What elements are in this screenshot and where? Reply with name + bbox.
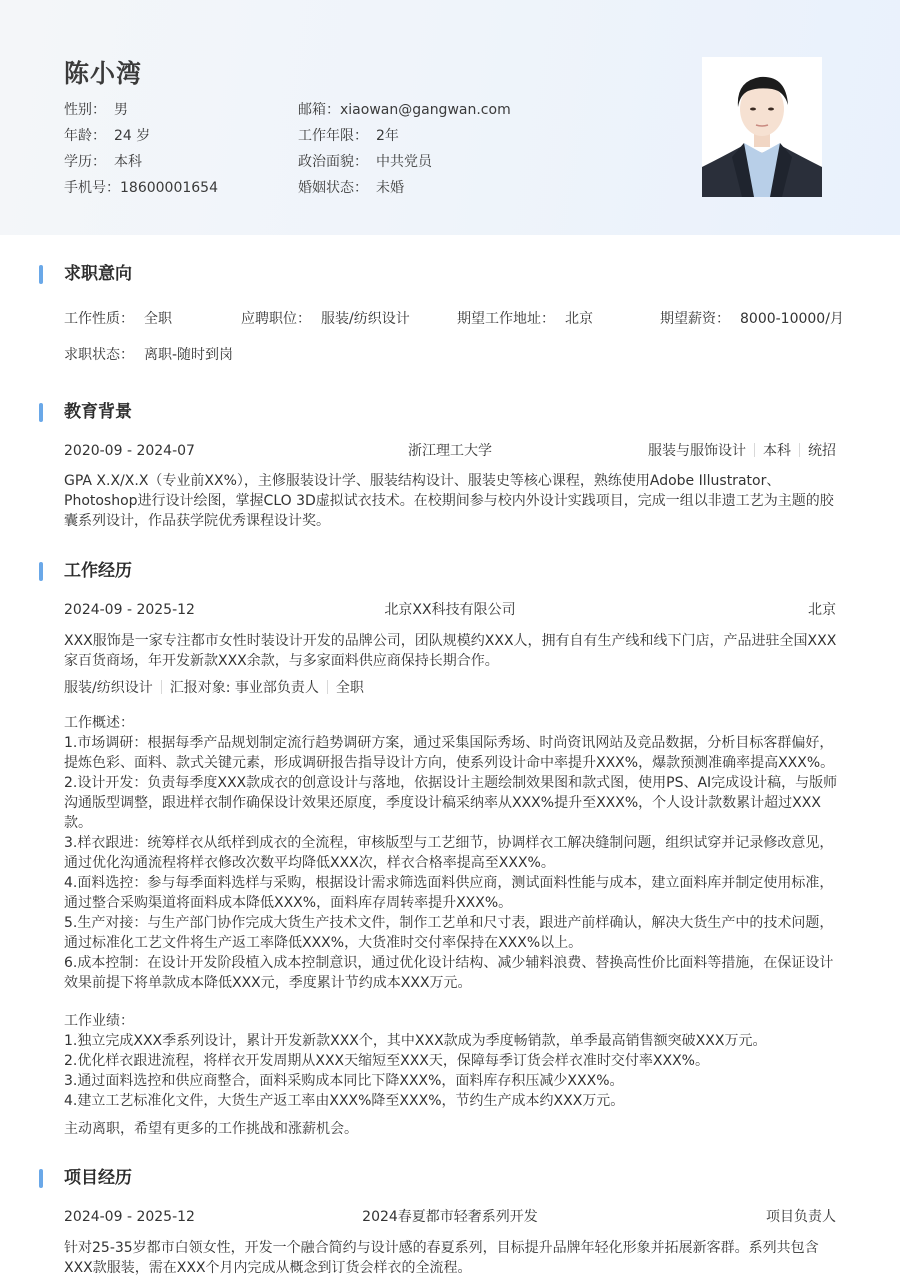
kv-label: 期望薪资： (660, 311, 730, 327)
basic-info-right: 邮箱：xiaowan@gangwan.com 工作年限：2年 政治面貌：中共党员… (298, 100, 511, 204)
text-line: XXX款服装，需在XXX个月内完成从概念到订货会样衣的全流程。 (64, 1258, 840, 1275)
profile-photo (702, 57, 822, 197)
info-value: 本科 (114, 154, 142, 170)
text-line: Photoshop进行设计绘图，掌握CLO 3D虚拟试衣技术。在校期间参与校内外… (64, 491, 840, 511)
info-education: 学历：本科 (64, 152, 218, 178)
info-gender: 性别：男 (64, 100, 218, 126)
text-line: 通过标准化工艺文件将生产返工率降低XXX%，大货准时交付率保持在XXX%以上。 (64, 933, 840, 953)
work-location: 北京 (808, 600, 836, 620)
profile-header: 陈小湾 性别：男 年龄：24 岁 学历：本科 手机号：18600001654 邮… (0, 0, 900, 235)
text-line: 4.建立工艺标准化文件，大货生产返工率由XXX%降至XXX%，节约生产成本约XX… (64, 1091, 840, 1111)
tag-separator (161, 680, 162, 694)
work-overview: 工作概述： 1.市场调研：根据每季产品规划制定流行趋势调研方案，通过采集国际秀场… (64, 713, 840, 993)
education-description: GPA X.X/X.X（专业前XX%），主修服装设计学、服装结构设计、服装史等核… (64, 471, 840, 531)
text-line: 主动离职，希望有更多的工作挑战和涨薪机会。 (64, 1119, 840, 1139)
intention-job-type: 工作性质：全职 (64, 309, 172, 329)
kv-value: 全职 (144, 311, 172, 327)
basic-info-left: 性别：男 年龄：24 岁 学历：本科 手机号：18600001654 (64, 100, 218, 204)
text-line: XXX服饰是一家专注都市女性时装设计开发的品牌公司，团队规模约XXX人，拥有自有… (64, 631, 840, 651)
work-report-to: 汇报对象: 事业部负责人 (170, 680, 319, 696)
text-line: 沟通版型调整，跟进样衣制作确保设计效果还原度，季度设计稿采纳率从XXX%提升至X… (64, 793, 840, 813)
person-portrait-icon (702, 57, 822, 197)
section-accent-bar (39, 403, 43, 422)
section-title-project: 项目经历 (64, 1167, 132, 1189)
section-title-work: 工作经历 (64, 560, 132, 582)
project-role: 项目负责人 (766, 1207, 836, 1227)
education-enrollment: 统招 (808, 443, 836, 459)
info-value: 2年 (376, 128, 399, 144)
info-value: 中共党员 (376, 154, 432, 170)
info-label: 手机号： (64, 180, 120, 196)
text-line: 效果前提下将单款成本降低XXX元，季度累计节约成本XXX万元。 (64, 973, 840, 993)
education-header-row: 2020-09 - 2024-07 浙江理工大学 服装与服饰设计本科统招 (64, 441, 836, 461)
info-age: 年龄：24 岁 (64, 126, 218, 152)
text-line: GPA X.X/X.X（专业前XX%），主修服装设计学、服装结构设计、服装史等核… (64, 471, 840, 491)
education-degree: 本科 (763, 443, 791, 459)
kv-label: 工作性质： (64, 311, 134, 327)
section-title-education: 教育背景 (64, 401, 132, 423)
work-job-title: 服装/纺织设计 (64, 680, 153, 696)
info-label: 政治面貌： (298, 154, 368, 170)
info-political-status: 政治面貌：中共党员 (298, 152, 511, 178)
intention-salary: 期望薪资：8000-10000/月 (660, 309, 844, 329)
text-line: 6.成本控制：在设计开发阶段植入成本控制意识，通过优化设计结构、减少辅料浪费、替… (64, 953, 840, 973)
kv-value: 服装/纺织设计 (321, 311, 410, 327)
text-line: 1.市场调研：根据每季产品规划制定流行趋势调研方案，通过采集国际秀场、时尚资讯网… (64, 733, 840, 753)
work-header-row: 2024-09 - 2025-12 北京XX科技有限公司 北京 (64, 600, 836, 620)
info-value: 男 (114, 102, 128, 118)
candidate-name: 陈小湾 (64, 54, 142, 90)
text-line: 1.独立完成XXX季系列设计，累计开发新款XXX个，其中XXX款成为季度畅销款，… (64, 1031, 840, 1051)
text-line: 提炼色彩、面料、款式关键元素，形成调研报告指导设计方向，使系列设计命中率提升XX… (64, 753, 840, 773)
section-accent-bar (39, 265, 43, 284)
text-line: 4.面料选控：参与每季面料选样与采购，根据设计需求筛选面料供应商，测试面料性能与… (64, 873, 840, 893)
text-line: 2.设计开发：负责每季度XXX款成衣的创意设计与落地，依据设计主题绘制效果图和款… (64, 773, 840, 793)
kv-label: 求职状态： (64, 347, 134, 363)
tag-separator (754, 443, 755, 457)
tag-separator (327, 680, 328, 694)
kv-value: 北京 (565, 311, 593, 327)
work-company-description: XXX服饰是一家专注都市女性时装设计开发的品牌公司，团队规模约XXX人，拥有自有… (64, 631, 840, 671)
info-email: 邮箱：xiaowan@gangwan.com (298, 100, 511, 126)
achievement-title: 工作业绩： (64, 1011, 840, 1031)
info-label: 性别： (64, 102, 106, 118)
info-value: 18600001654 (120, 180, 218, 196)
text-line: 通过优化沟通流程将样衣修改次数平均降低XXX次，样衣合格率提高至XXX%。 (64, 853, 840, 873)
work-company: 北京XX科技有限公司 (64, 600, 836, 620)
kv-label: 期望工作地址： (457, 311, 555, 327)
text-line: 囊系列设计，作品获学院优秀课程设计奖。 (64, 511, 840, 531)
education-major: 服装与服饰设计 (648, 443, 746, 459)
info-label: 邮箱： (298, 102, 340, 118)
project-header-row: 2024-09 - 2025-12 2024春夏都市轻奢系列开发 项目负责人 (64, 1207, 836, 1227)
section-accent-bar (39, 562, 43, 581)
info-value: 未婚 (376, 180, 404, 196)
text-line: 家百货商场，年开发新款XXX余款，与多家面料供应商保持长期合作。 (64, 651, 840, 671)
text-line: 针对25-35岁都市白领女性，开发一个融合简约与设计感的春夏系列，目标提升品牌年… (64, 1238, 840, 1258)
intention-location: 期望工作地址：北京 (457, 309, 593, 329)
project-description: 针对25-35岁都市白领女性，开发一个融合简约与设计感的春夏系列，目标提升品牌年… (64, 1238, 840, 1275)
info-phone: 手机号：18600001654 (64, 178, 218, 204)
intention-position: 应聘职位：服装/纺织设计 (241, 309, 410, 329)
text-line: 3.样衣跟进：统筹样衣从纸样到成衣的全流程，审核版型与工艺细节，协调样衣工解决缝… (64, 833, 840, 853)
work-tags: 服装/纺织设计汇报对象: 事业部负责人全职 (64, 678, 840, 698)
work-achievements: 工作业绩： 1.独立完成XXX季系列设计，累计开发新款XXX个，其中XXX款成为… (64, 1011, 840, 1111)
section-title-intention: 求职意向 (64, 263, 132, 285)
text-line: 通过整合采购渠道将面料成本降低XXX%，面料库存周转率提升XXX%。 (64, 893, 840, 913)
text-line: 2.优化样衣跟进流程，将样衣开发周期从XXX天缩短至XXX天，保障每季订货会样衣… (64, 1051, 840, 1071)
overview-title: 工作概述： (64, 713, 840, 733)
section-accent-bar (39, 1169, 43, 1188)
kv-value: 8000-10000/月 (740, 311, 844, 327)
info-work-years: 工作年限：2年 (298, 126, 511, 152)
info-label: 学历： (64, 154, 106, 170)
education-tags: 服装与服饰设计本科统招 (648, 441, 836, 461)
info-label: 年龄： (64, 128, 106, 144)
info-value: xiaowan@gangwan.com (340, 102, 511, 118)
info-value: 24 岁 (114, 128, 150, 144)
text-line: 款。 (64, 813, 840, 833)
kv-label: 应聘职位： (241, 311, 311, 327)
tag-separator (799, 443, 800, 457)
work-leave-reason: 主动离职，希望有更多的工作挑战和涨薪机会。 (64, 1119, 840, 1139)
info-label: 工作年限： (298, 128, 368, 144)
info-marital-status: 婚姻状态：未婚 (298, 178, 511, 204)
kv-value: 离职-随时到岗 (144, 347, 233, 363)
work-employment-type: 全职 (336, 680, 364, 696)
text-line: 5.生产对接：与生产部门协作完成大货生产技术文件，制作工艺单和尺寸表，跟进产前样… (64, 913, 840, 933)
intention-status: 求职状态：离职-随时到岗 (64, 345, 233, 365)
project-name: 2024春夏都市轻奢系列开发 (64, 1207, 836, 1227)
info-label: 婚姻状态： (298, 180, 368, 196)
text-line: 3.通过面料选控和供应商整合，面料采购成本同比下降XXX%，面料库存积压减少XX… (64, 1071, 840, 1091)
